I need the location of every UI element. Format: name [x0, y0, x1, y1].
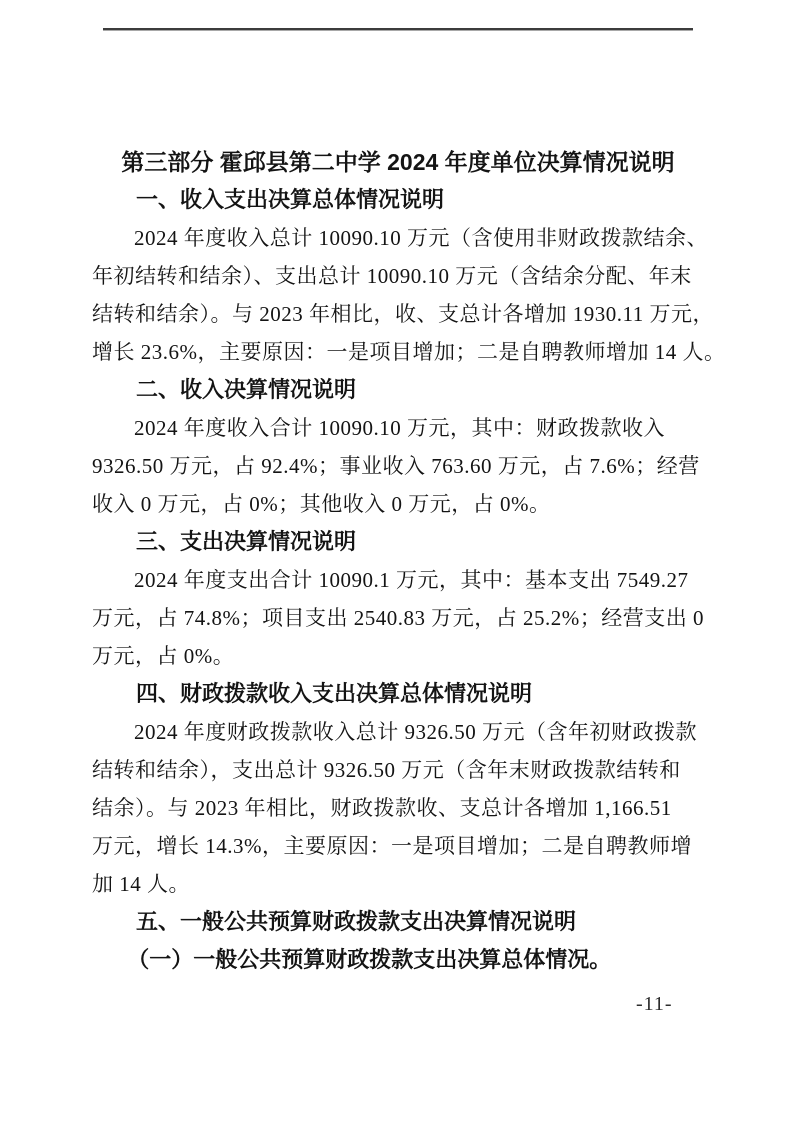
paragraph-line: 万元，占 0%。 [92, 637, 704, 675]
section-subheading: （一）一般公共预算财政拨款支出决算总体情况。 [92, 941, 704, 979]
paragraph-line: 万元，占 74.8%；项目支出 2540.83 万元，占 25.2%；经营支出 … [92, 599, 704, 637]
paragraph-line: 2024 年度收入合计 10090.10 万元，其中：财政拨款收入 [92, 409, 704, 447]
paragraph-line: 收入 0 万元，占 0%；其他收入 0 万元，占 0%。 [92, 485, 704, 523]
paragraph-line: 年初结转和结余）、支出总计 10090.10 万元（含结余分配、年末 [92, 257, 704, 295]
paragraph-line: 结转和结余）。与 2023 年相比，收、支总计各增加 1930.11 万元， [92, 295, 704, 333]
paragraph-line: 结余）。与 2023 年相比，财政拨款收、支总计各增加 1,166.51 [92, 789, 704, 827]
paragraph-line: 2024 年度支出合计 10090.1 万元，其中：基本支出 7549.27 [92, 561, 704, 599]
section-heading: 一、收入支出决算总体情况说明 [92, 181, 704, 219]
paragraph-line: 9326.50 万元，占 92.4%；事业收入 763.60 万元，占 7.6%… [92, 447, 704, 485]
section-heading: 二、收入决算情况说明 [92, 371, 704, 409]
paragraph-line: 结转和结余），支出总计 9326.50 万元（含年末财政拨款结转和 [92, 751, 704, 789]
sections-container: 一、收入支出决算总体情况说明2024 年度收入总计 10090.10 万元（含使… [92, 181, 704, 979]
page-number: -11- [636, 992, 673, 1016]
document-content: 第三部分 霍邱县第二中学 2024 年度单位决算情况说明 一、收入支出决算总体情… [92, 143, 704, 979]
section-heading: 三、支出决算情况说明 [92, 523, 704, 561]
paragraph-line: 2024 年度收入总计 10090.10 万元（含使用非财政拨款结余、 [92, 219, 704, 257]
section-heading: 五、一般公共预算财政拨款支出决算情况说明 [92, 903, 704, 941]
paragraph-line: 2024 年度财政拨款收入总计 9326.50 万元（含年初财政拨款 [92, 713, 704, 751]
header-rule [103, 28, 693, 31]
paragraph-line: 万元，增长 14.3%，主要原因：一是项目增加；二是自聘教师增 [92, 827, 704, 865]
section-heading: 四、财政拨款收入支出决算总体情况说明 [92, 675, 704, 713]
document-page: 第三部分 霍邱县第二中学 2024 年度单位决算情况说明 一、收入支出决算总体情… [0, 0, 794, 1122]
paragraph-line: 增长 23.6%，主要原因：一是项目增加；二是自聘教师增加 14 人。 [92, 333, 704, 371]
document-title: 第三部分 霍邱县第二中学 2024 年度单位决算情况说明 [92, 143, 704, 181]
paragraph-line: 加 14 人。 [92, 865, 704, 903]
